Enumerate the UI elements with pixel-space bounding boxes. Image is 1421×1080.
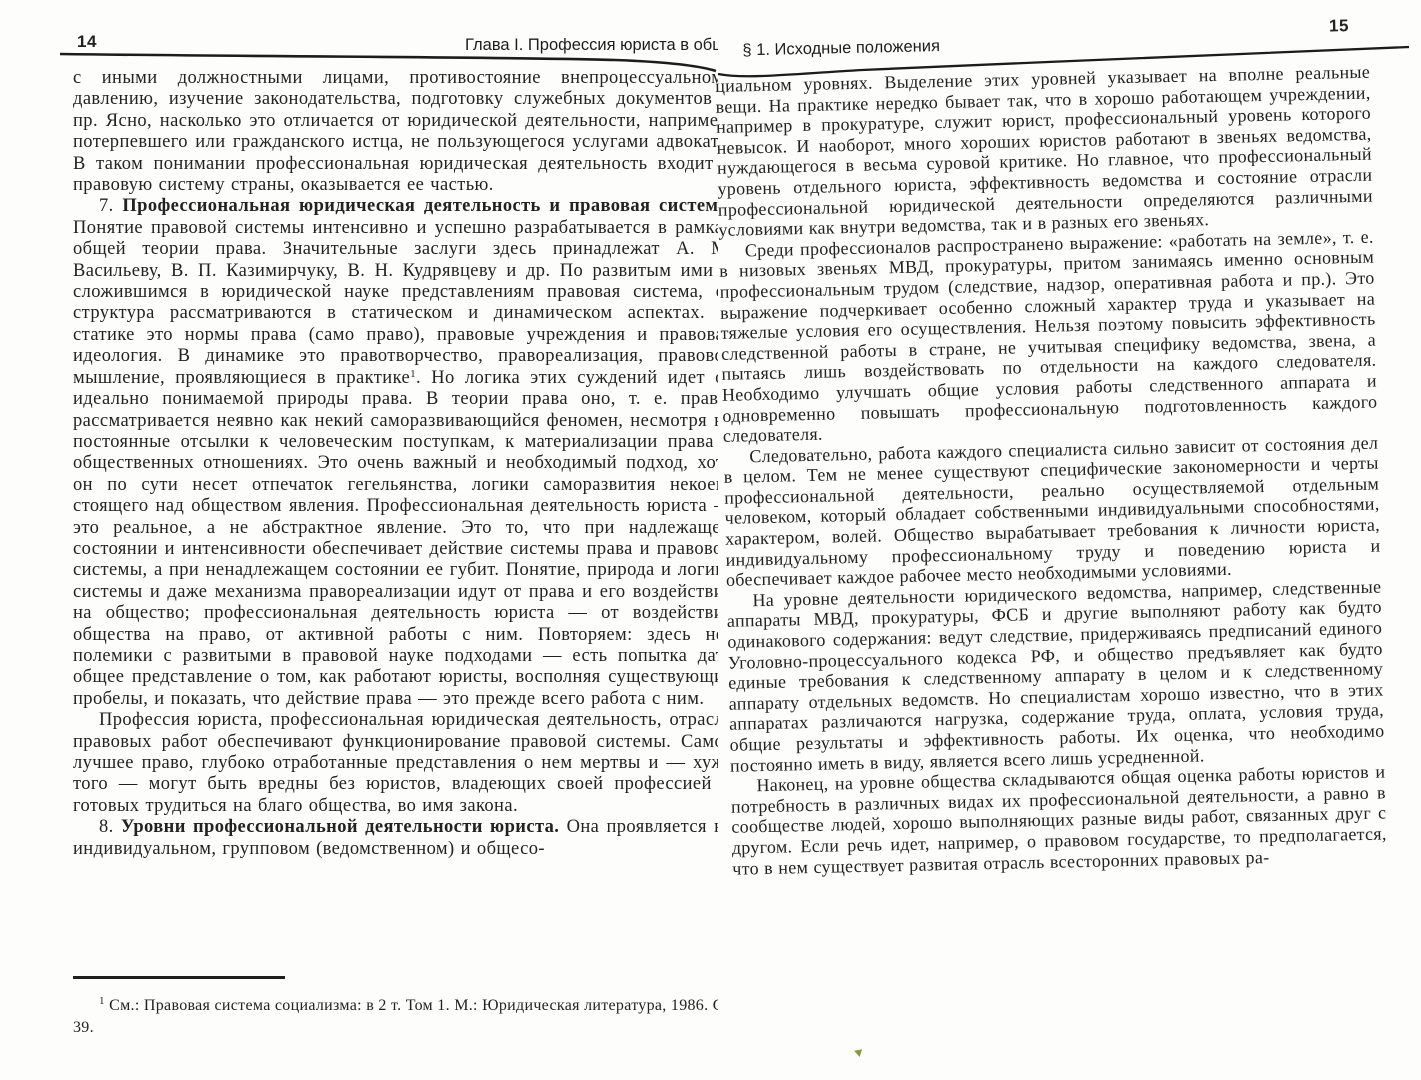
left-running-title: Глава I. Профессия юриста в обществе bbox=[465, 36, 718, 55]
section-number: 8. bbox=[99, 817, 114, 837]
footnote-block: 1 См.: Правовая система социализма: в 2 … bbox=[73, 976, 718, 1038]
section-heading: Профессиональная юридическая деятельност… bbox=[122, 196, 718, 216]
right-page-body: циальном уровнях. Выделение этих уровней… bbox=[715, 62, 1391, 1061]
paragraph-section-8: 8. Уровни профессиональной деятельности … bbox=[73, 817, 718, 860]
right-page-number: 15 bbox=[1329, 16, 1349, 36]
paragraph: Следовательно, работа каждого специалист… bbox=[723, 432, 1381, 590]
footnote-separator-rule bbox=[73, 976, 285, 979]
paragraph-continuation: с иными должностными лицами, противостоя… bbox=[73, 68, 718, 196]
footnote-text: 1 См.: Правовая система социализма: в 2 … bbox=[73, 995, 718, 1038]
paragraph: Среди профессионалов распространено выра… bbox=[719, 226, 1378, 446]
paragraph: На уровне деятельности юридического ведо… bbox=[726, 576, 1385, 776]
right-running-title: § 1. Исходные положения bbox=[742, 37, 940, 60]
left-page-header: 14 Глава I. Профессия юриста в обществе bbox=[73, 28, 718, 66]
paragraph: Профессия юриста, профессиональная юриди… bbox=[73, 710, 718, 817]
book-scan-spread: 14 Глава I. Профессия юриста в обществе … bbox=[0, 0, 1421, 1080]
left-page: 14 Глава I. Профессия юриста в обществе … bbox=[73, 28, 718, 1068]
left-page-number: 14 bbox=[77, 32, 97, 52]
left-page-body: с иными должностными лицами, противостоя… bbox=[73, 68, 718, 973]
right-page: § 1. Исходные положения 15 циальном уров… bbox=[712, 16, 1396, 1065]
section-number: 7. bbox=[99, 196, 114, 216]
paragraph-section-7: 7. Профессиональная юридическая деятельн… bbox=[73, 196, 718, 710]
paragraph-continuation: циальном уровнях. Выделение этих уровней… bbox=[715, 62, 1373, 241]
paragraph: Наконец, на уровне общества складываются… bbox=[730, 762, 1387, 879]
section-heading: Уровни профессиональной деятельности юри… bbox=[121, 817, 559, 837]
